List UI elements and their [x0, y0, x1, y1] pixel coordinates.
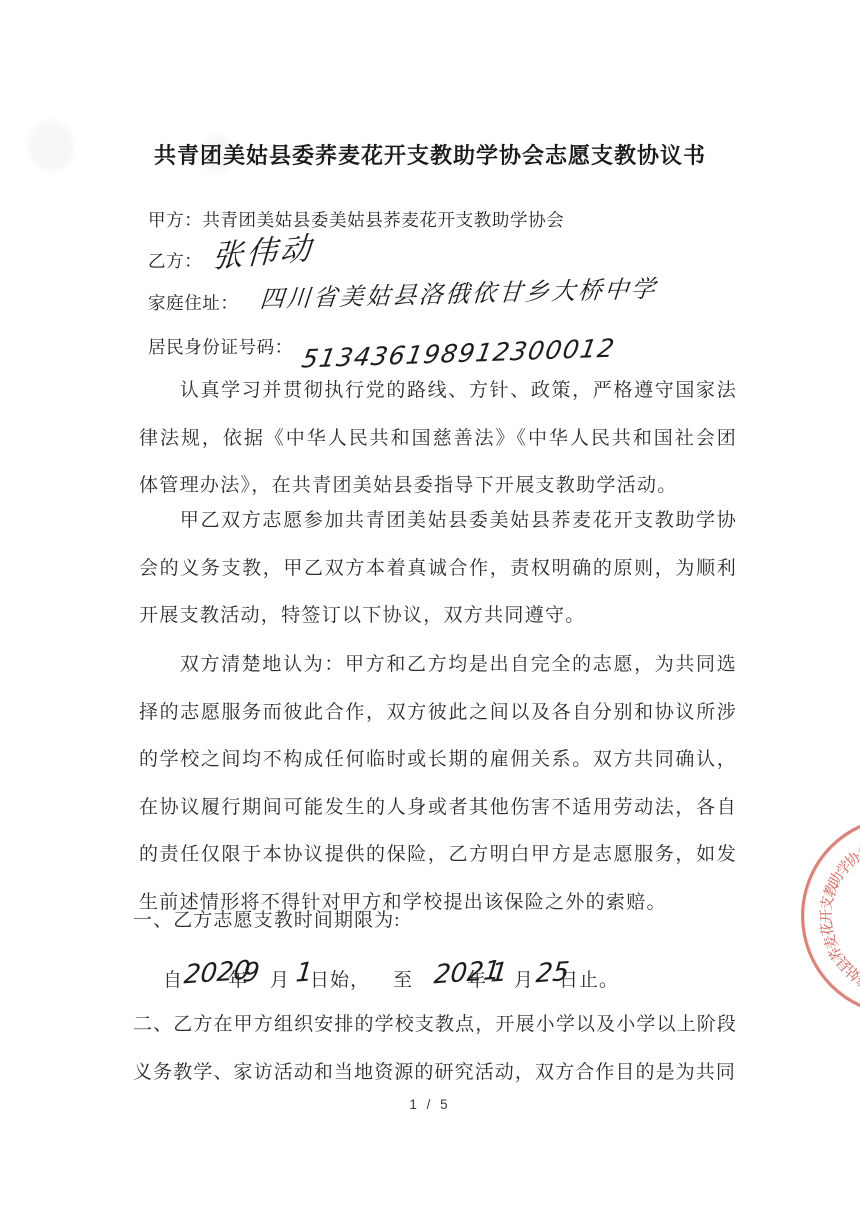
home-address-handwriting: 四川省美姑县洛俄依甘乡大桥中学: [259, 277, 658, 311]
year-unit-label: 年: [467, 965, 487, 992]
month-unit-label: 月: [514, 965, 534, 992]
date-end-label: 日止。: [559, 965, 619, 992]
party-b-label: 乙方：: [148, 251, 202, 271]
end-month-handwriting: 1: [489, 957, 509, 988]
month-unit-label: 月: [270, 965, 290, 992]
id-number-line: 居民身份证号码：: [148, 334, 293, 359]
party-a-label: 甲方：: [148, 210, 202, 230]
page-number: 1 / 5: [0, 1097, 860, 1112]
party-a-value: 共青团美姑县委美姑县荞麦花开支教助学协会: [202, 210, 564, 230]
stamp-ring-text: 美姑县荞麦花开支教助学协会: [804, 819, 860, 1013]
body-paragraph: 认真学习并贯彻执行党的路线、方针、政策，严格遵守国家法律法规，依据《中华人民共和…: [139, 367, 737, 510]
party-b-signature-handwriting: 张伟动: [211, 233, 314, 273]
clause-one-heading: 一、乙方志愿支教时间期限为:: [133, 908, 737, 934]
party-a-line: 甲方：共青团美姑县委美姑县荞麦花开支教助学协会: [148, 207, 564, 232]
clause-two-paragraph: 二、乙方在甲方组织安排的学校支教点，开展小学以及小学以上阶段义务教学、家访活动和…: [133, 1001, 737, 1096]
start-month-handwriting: 9: [241, 957, 261, 988]
body-paragraph: 甲乙双方志愿参加共青团美姑县委美姑县荞麦花开支教助学协会的义务支教，甲乙双方本着…: [139, 497, 737, 640]
official-red-seal: 美姑县荞麦花开支教助学协会: [801, 816, 860, 1016]
document-title: 共青团美姑县委荞麦花开支教助学协会志愿支教协议书: [0, 139, 860, 170]
date-to-label: 至: [393, 965, 413, 992]
body-paragraph: 双方清楚地认为：甲方和乙方均是出自完全的志愿，为共同选择的志愿服务而彼此合作，双…: [139, 641, 737, 926]
date-from-label: 自: [163, 965, 183, 992]
scanned-agreement-page: 共青团美姑县委荞麦花开支教助学协会志愿支教协议书 甲方：共青团美姑县委美姑县荞麦…: [0, 0, 860, 1219]
home-address-line: 家庭住址：: [148, 290, 239, 315]
date-begin-label: 日始，: [310, 965, 370, 992]
home-address-label: 家庭住址：: [148, 293, 239, 313]
party-b-line: 乙方：: [148, 248, 202, 273]
id-number-label: 居民身份证号码：: [148, 337, 293, 357]
